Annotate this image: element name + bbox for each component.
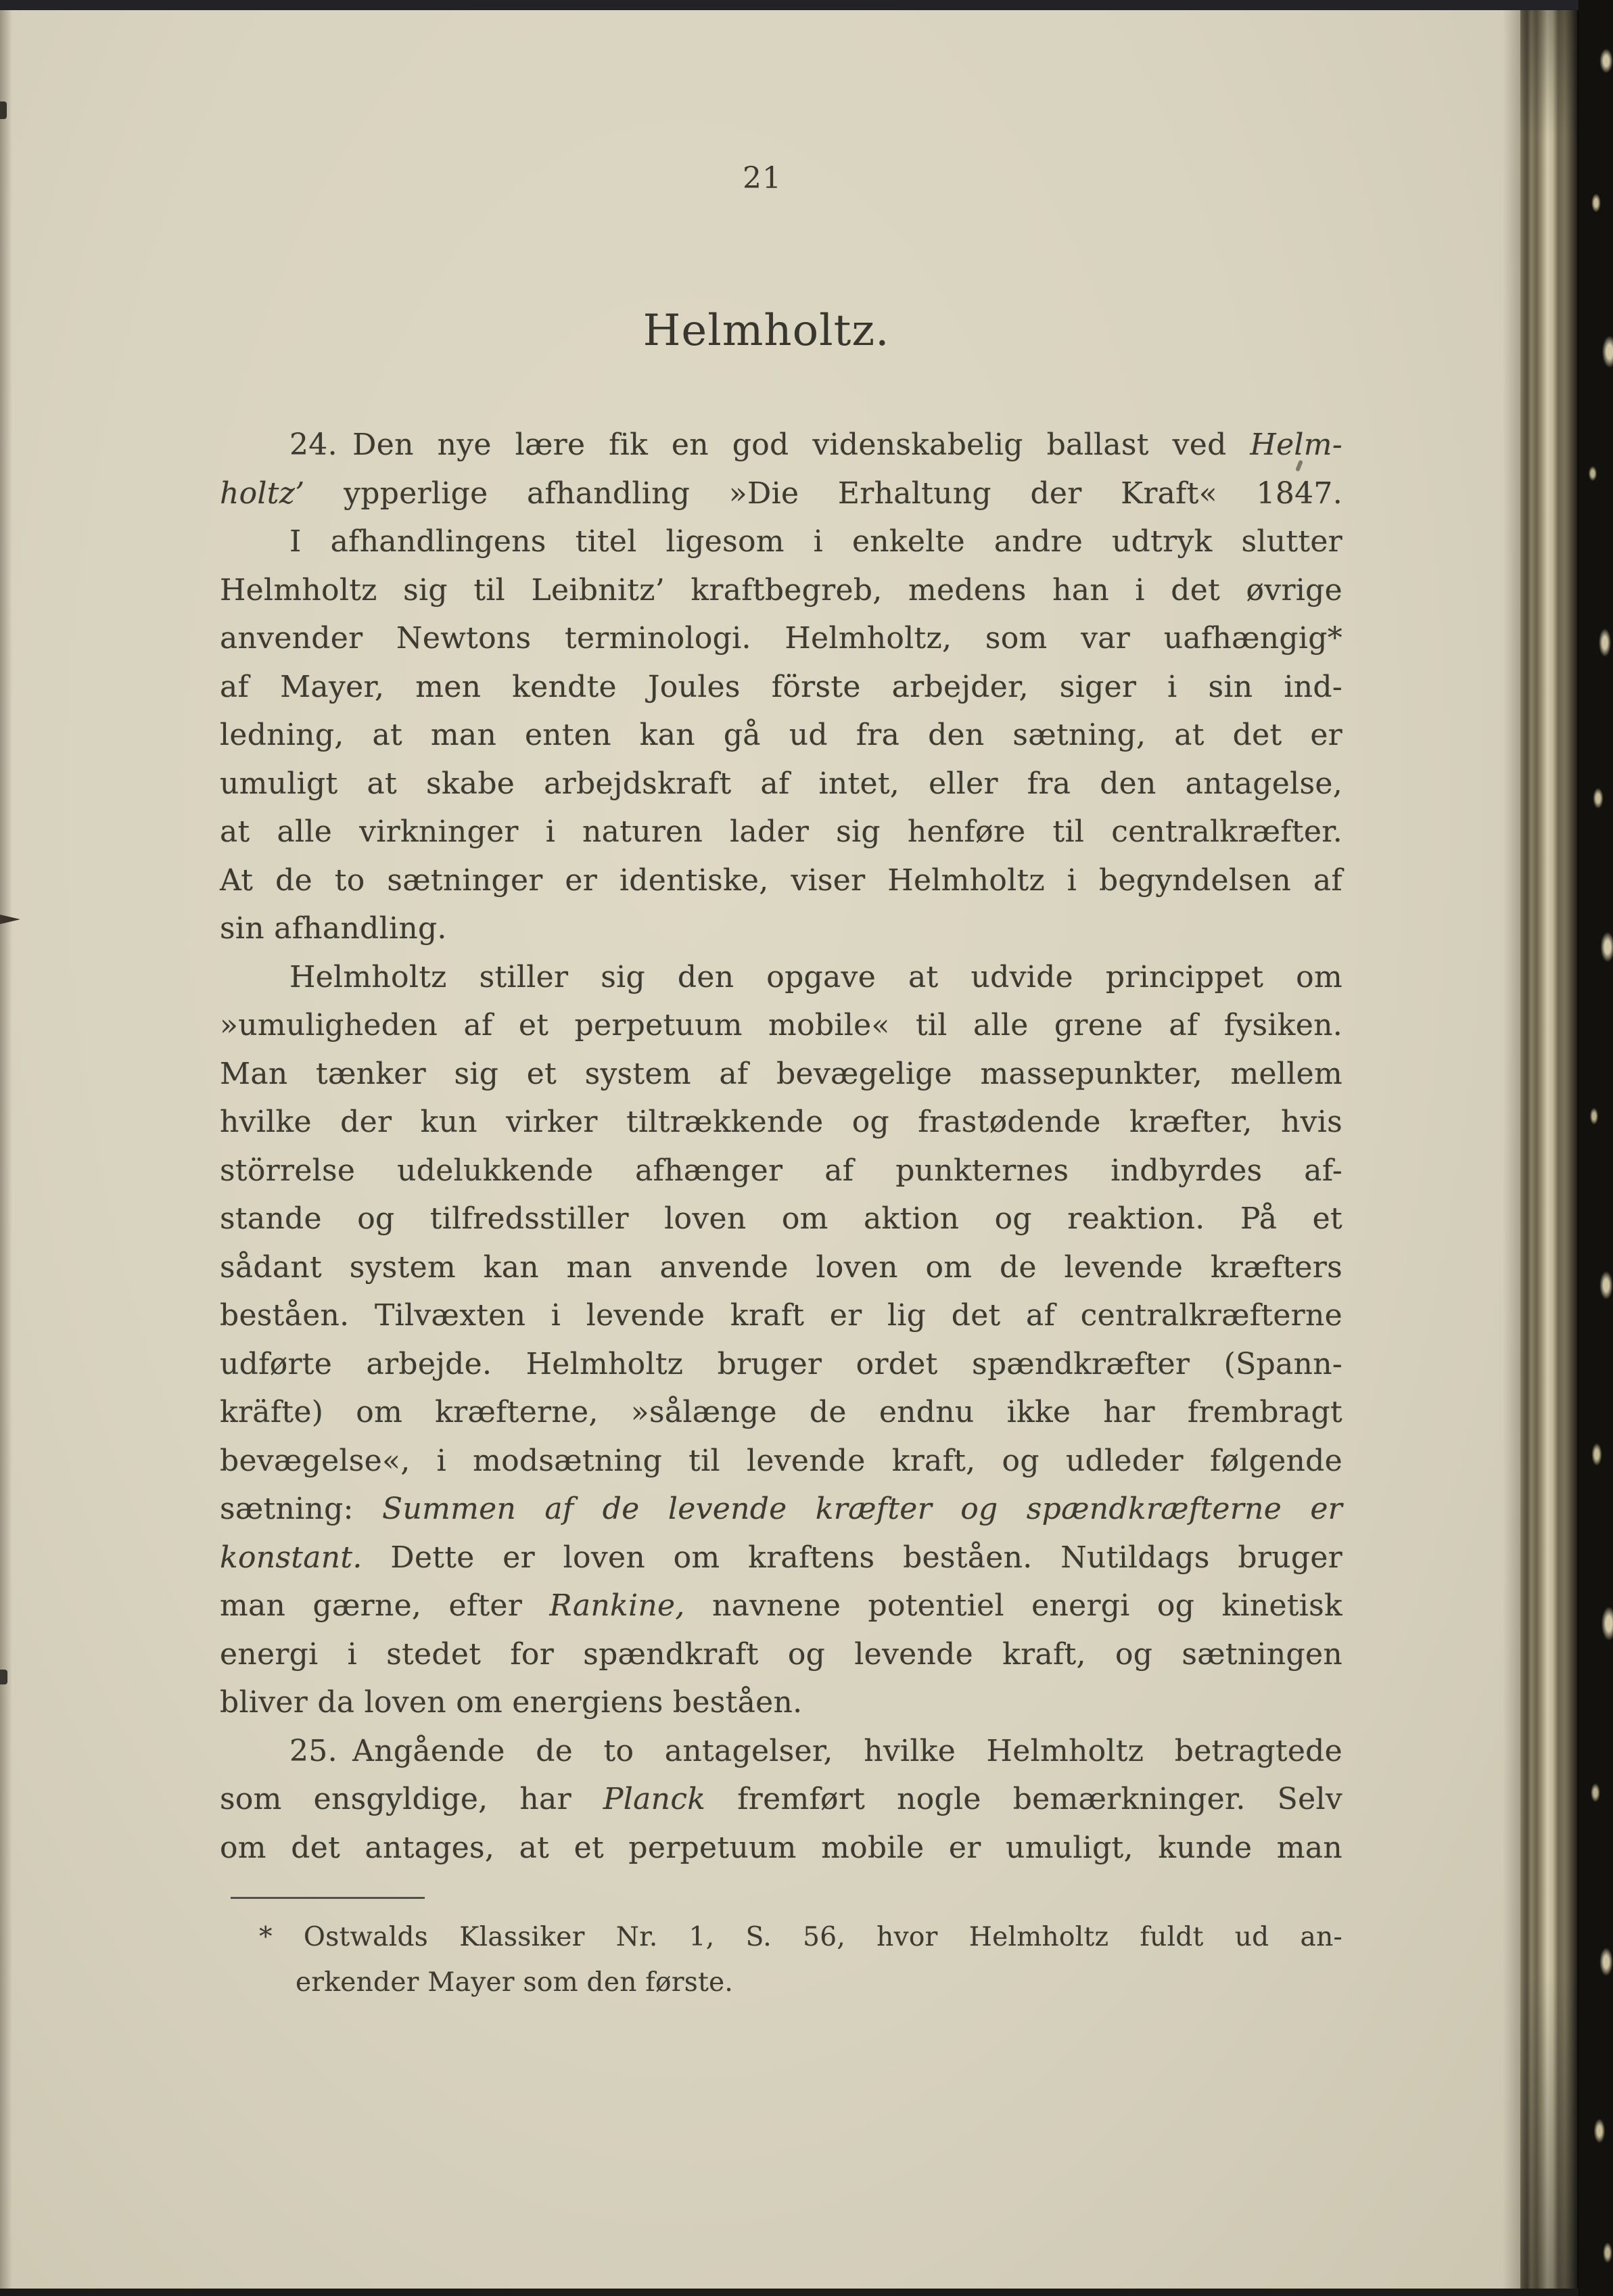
text-line: energi i stedet for spændkraft og levend…	[220, 1630, 1342, 1679]
text-line: Helmholtz sig til Leibnitz’ kraftbegreb,…	[220, 566, 1342, 615]
scan-artifact	[0, 915, 20, 924]
text-line: af Mayer, men kendte Joules förste arbej…	[220, 663, 1342, 712]
text-line: hvilke der kun virker tiltrækkende og fr…	[220, 1098, 1342, 1147]
footnote-separator-rule	[231, 1897, 425, 1899]
text-line: Helmholtz stiller sig den opgave at udvi…	[220, 953, 1342, 1002]
text-line: man gærne, efter Rankine, navnene potent…	[220, 1582, 1342, 1630]
text-line: holtz’ ypperlige afhandling »Die Erhaltu…	[220, 469, 1342, 518]
text-line: * Ostwalds Klassiker Nr. 1, S. 56, hvor …	[220, 1914, 1342, 1960]
text-line: sådant system kan man anvende loven om d…	[220, 1243, 1342, 1292]
text-line: kräfte) om kræfterne, »sålænge de endnu …	[220, 1388, 1342, 1437]
scan-artifact	[0, 1670, 7, 1684]
body-text: 24. Den nye lære fik en god videnskabeli…	[220, 421, 1342, 1872]
text-line: om det antages, at et perpetuum mobile e…	[220, 1824, 1342, 1873]
text-line: stande og tilfredsstiller loven om aktio…	[220, 1195, 1342, 1243]
text-line: At de to sætninger er identiske, viser H…	[220, 856, 1342, 905]
text-line: udførte arbejde. Helmholtz bruger ordet …	[220, 1340, 1342, 1389]
book-scan: 21 Helmholtz. 24. Den nye lære fik en go…	[0, 0, 1613, 2296]
text-line: beståen. Tilvæxten i levende kraft er li…	[220, 1291, 1342, 1340]
text-line: erkender Mayer som den første.	[220, 1960, 1342, 2005]
chapter-heading: Helmholtz.	[205, 306, 1328, 356]
text-line: 24. Den nye lære fik en god videnskabeli…	[220, 421, 1342, 469]
text-line: umuligt at skabe arbejdskraft af intet, …	[220, 760, 1342, 808]
scan-artifact	[0, 101, 7, 119]
scan-bottom-edge	[0, 2289, 1579, 2296]
text-line: konstant. Dette er loven om kraftens bes…	[220, 1534, 1342, 1582]
text-line: som ensgyldige, har Planck fremført nogl…	[220, 1775, 1342, 1824]
text-line: 25. Angående de to antagelser, hvilke He…	[220, 1727, 1342, 1776]
scan-top-edge	[0, 0, 1579, 10]
text-line: sin afhandling.	[220, 904, 1342, 953]
text-line: bliver da loven om energiens beståen.	[220, 1678, 1342, 1727]
text-line: störrelse udelukkende afhænger af punkte…	[220, 1147, 1342, 1195]
text-line: bevægelse«, i modsætning til levende kra…	[220, 1437, 1342, 1486]
text-line: »umuligheden af et perpetuum mobile« til…	[220, 1001, 1342, 1050]
page-number: 21	[201, 161, 1324, 196]
marbled-book-cover	[1577, 0, 1613, 2296]
text-line: ledning, at man enten kan gå ud fra den …	[220, 711, 1342, 760]
text-line: sætning: Summen af de levende kræfter og…	[220, 1485, 1342, 1534]
stacked-page-edges	[1520, 0, 1577, 2296]
footnote: * Ostwalds Klassiker Nr. 1, S. 56, hvor …	[220, 1914, 1342, 2005]
text-line: anvender Newtons terminologi. Helmholtz,…	[220, 614, 1342, 663]
text-line: I afhandlingens titel ligesom i enkelte …	[220, 518, 1342, 566]
text-line: at alle virkninger i naturen lader sig h…	[220, 808, 1342, 856]
text-line: Man tænker sig et system af bevægelige m…	[220, 1050, 1342, 1099]
